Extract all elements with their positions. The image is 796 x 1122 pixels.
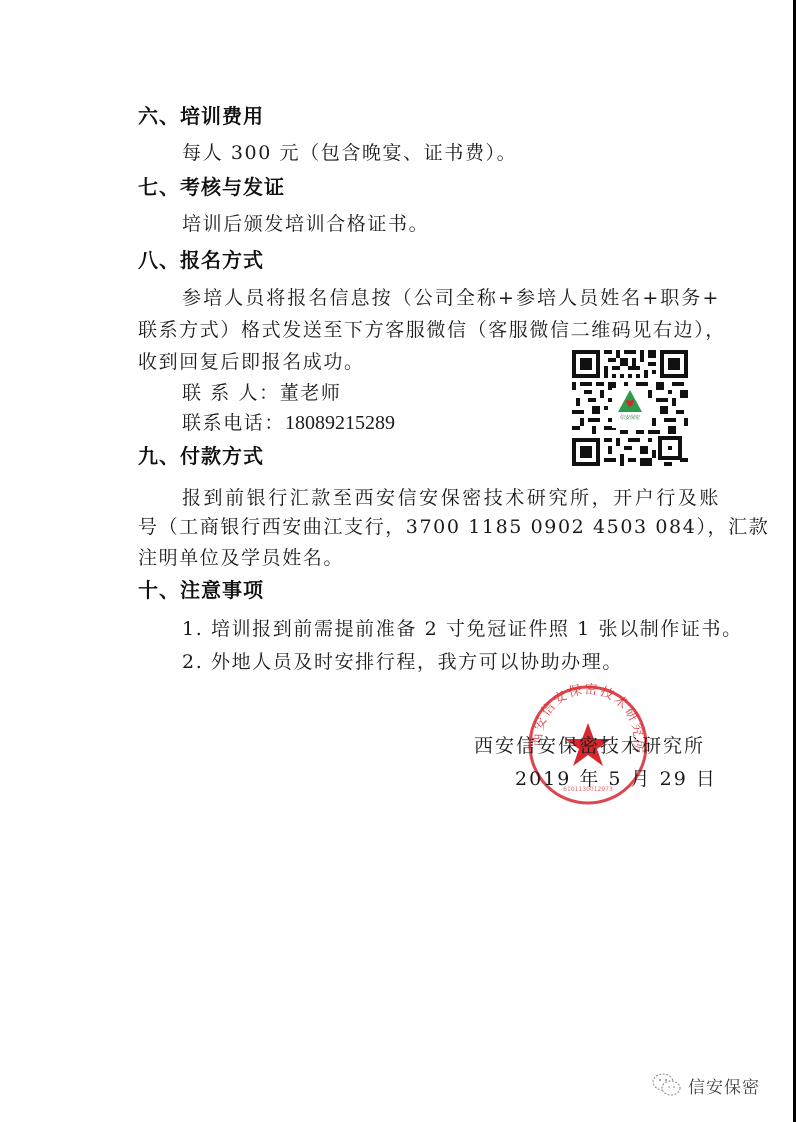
registration-text-line-2: 联系方式）格式发送至下方客服微信（客服微信二维码见右边）， [138,318,720,342]
payment-text-line-2: 号（工商银行西安曲江支行，3700 1185 0902 4503 084），汇款 [138,515,720,539]
section-heading-registration: 八、报名方式 [138,248,264,272]
certification-text: 培训后颁发培训合格证书。 [182,212,429,236]
signature-date: 2019 年 5 月 29 日 [515,764,717,791]
signature-org: 西安信安保密技术研究所 [474,731,705,758]
contact-phone-label: 联系电话： [182,412,285,434]
wechat-qr-code[interactable]: 信安保密 [572,350,688,466]
contact-person-label: 联 系 人： [182,382,280,404]
payment-text-line-3: 注明单位及学员姓名。 [138,546,344,570]
contact-phone-value: 18089215289 [285,412,395,434]
section-heading-notes: 十、注意事项 [138,578,264,602]
note-item-1: 1. 培训报到前需提前准备 2 寸免冠证件照 1 张以制作证书。 [182,617,743,641]
contact-phone-row: 联系电话：18089215289 [182,411,395,435]
payment-text-line-1: 报到前银行汇款至西安信安保密技术研究所，开户行及账 [182,486,720,510]
watermark-text: 信安保密 [688,1073,760,1098]
logo-triangle-icon [618,390,642,412]
wechat-watermark: 信安保密 [652,1067,760,1103]
registration-text-line-1: 参培人员将报名信息按（公司全称+参培人员姓名+职务+ [182,286,720,310]
qr-logo-text: 信安保密 [620,414,640,421]
contact-person-row: 联 系 人：董老师 [182,381,342,405]
section-heading-payment: 九、付款方式 [138,444,264,468]
section-heading-fee: 六、培训费用 [138,104,264,128]
registration-text-line-3: 收到回复后即报名成功。 [138,350,365,374]
section-heading-certification: 七、考核与发证 [138,175,285,199]
qr-center-logo: 信安保密 [616,390,644,426]
fee-text: 每人 300 元（包含晚宴、证书费）。 [182,141,517,165]
wechat-icon [652,1072,682,1098]
contact-person-value: 董老师 [280,382,342,404]
note-item-2: 2. 外地人员及时安排行程，我方可以协助办理。 [182,650,623,674]
